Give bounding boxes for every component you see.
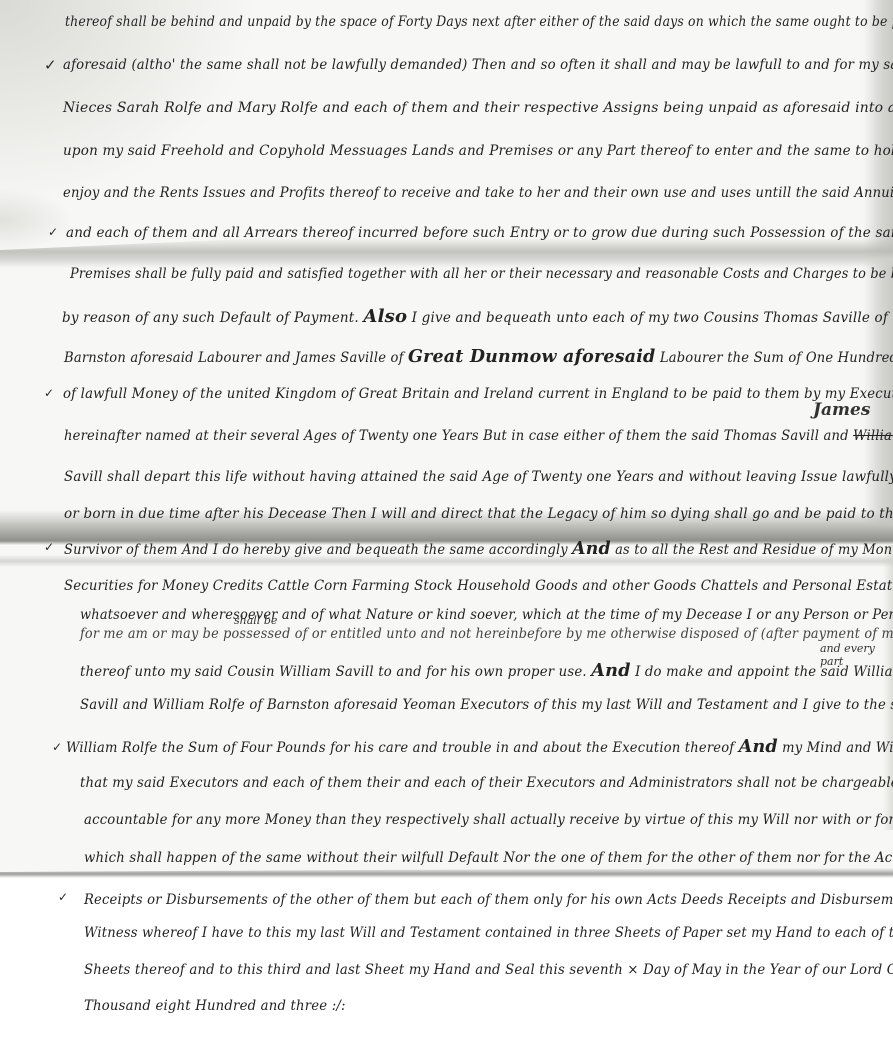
line-text: thereof unto my said Cousin William Savi… xyxy=(80,664,587,680)
line-emphasis: And xyxy=(739,736,778,757)
manuscript-line: Savill shall depart this life without ha… xyxy=(64,469,893,485)
manuscript-line: hereinafter named at their several Ages … xyxy=(64,428,893,444)
check-mark-icon: ✓ xyxy=(44,56,57,74)
line-emphasis: Great Dunmow aforesaid xyxy=(408,346,655,367)
check-mark-icon: ✓ xyxy=(48,225,58,239)
line-emphasis: And xyxy=(572,538,611,559)
manuscript-line: aforesaid (altho' the same shall not be … xyxy=(63,57,893,73)
line-text: Barnston aforesaid Labourer and James Sa… xyxy=(64,350,404,366)
manuscript-line: Survivor of them And I do hereby give an… xyxy=(64,538,893,559)
paper-fold-lower xyxy=(0,868,893,878)
manuscript-line: enjoy and the Rents Issues and Profits t… xyxy=(63,185,893,201)
line-emphasis: Also xyxy=(363,306,407,327)
manuscript-line: Thousand eight Hundred and three :/: xyxy=(84,998,346,1014)
paper-fold-upper xyxy=(0,238,893,268)
line-text: Survivor of them And I do hereby give an… xyxy=(64,542,568,558)
manuscript-line: whatsoever and wheresoever and of what N… xyxy=(80,607,893,623)
manuscript-line: for me am or may be possessed of or enti… xyxy=(80,626,893,642)
line-text: my Mind and Will is xyxy=(782,740,893,756)
manuscript-line: Savill and William Rolfe of Barnston afo… xyxy=(80,697,893,713)
manuscript-line: thereof shall be behind and unpaid by th… xyxy=(65,14,893,30)
manuscript-line: or born in due time after his Decease Th… xyxy=(64,506,893,522)
check-mark-icon: ✓ xyxy=(52,740,62,754)
manuscript-line: Nieces Sarah Rolfe and Mary Rolfe and ea… xyxy=(63,100,893,116)
manuscript-line: Sheets thereof and to this third and las… xyxy=(84,962,893,978)
line-emphasis: And xyxy=(591,660,630,681)
manuscript-line: Receipts or Disbursements of the other o… xyxy=(84,888,893,909)
manuscript-line: that my said Executors and each of them … xyxy=(80,775,893,791)
check-mark-icon: ✓ xyxy=(58,890,68,904)
line-text: I give and bequeath unto each of my two … xyxy=(412,310,888,326)
line-text: hereinafter named at their several Ages … xyxy=(64,428,849,444)
manuscript-line: accountable for any more Money than they… xyxy=(84,812,893,828)
check-mark-icon: ✓ xyxy=(44,540,54,554)
manuscript-line: which shall happen of the same without t… xyxy=(84,850,893,866)
manuscript-line: Securities for Money Credits Cattle Corn… xyxy=(64,578,893,594)
manuscript-line: upon my said Freehold and Copyhold Messu… xyxy=(63,143,893,159)
manuscript-line: and each of them and all Arrears thereof… xyxy=(66,225,893,241)
edge-wear xyxy=(0,190,70,250)
check-mark-icon: ✓ xyxy=(44,386,54,400)
manuscript-line: Premises shall be fully paid and satisfi… xyxy=(70,266,893,282)
struck-text: William xyxy=(853,428,893,444)
line-text: by reason of any such Default of Payment… xyxy=(62,310,359,326)
manuscript-line: of lawfull Money of the united Kingdom o… xyxy=(63,386,893,402)
line-text: William Rolfe the Sum of Four Pounds for… xyxy=(66,740,734,756)
line-text: Labourer the Sum of One Hundred Pounds a… xyxy=(660,350,893,366)
interlineation: James xyxy=(813,400,870,420)
manuscript-line: thereof unto my said Cousin William Savi… xyxy=(80,660,893,681)
manuscript-line: Barnston aforesaid Labourer and James Sa… xyxy=(64,346,893,367)
manuscript-line: William Rolfe the Sum of Four Pounds for… xyxy=(66,736,893,757)
manuscript-line: by reason of any such Default of Payment… xyxy=(62,306,888,327)
manuscript-line: Witness whereof I have to this my last W… xyxy=(84,925,893,941)
line-text: Receipts or Disbursements of the other o… xyxy=(84,892,893,908)
line-text: I do make and appoint the said William xyxy=(635,664,893,680)
line-text: as to all the Rest and Residue of my Mon… xyxy=(615,542,893,558)
